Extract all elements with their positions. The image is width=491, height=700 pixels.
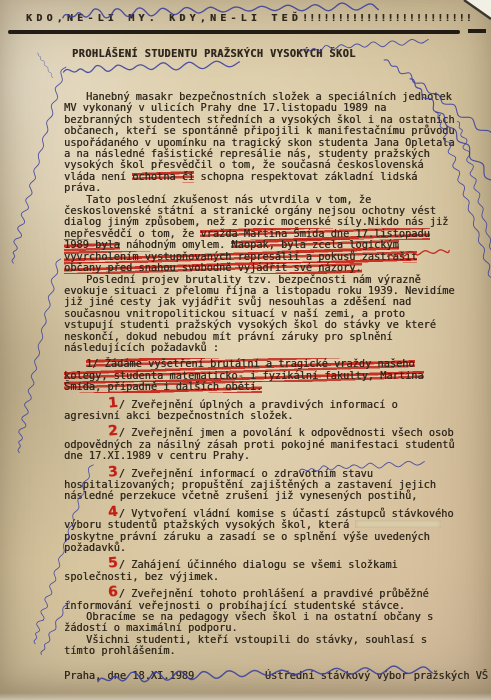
demand-struck-text: Žádáme vyšetření brutální a tragické vra… — [64, 358, 424, 393]
closing-appeal: Obracíme se na pedagogy všech škol i na … — [64, 612, 456, 635]
demand-item-struck: 1/ Žádáme vyšetření brutální a tragické … — [64, 359, 456, 393]
demand-item-6: 6/ Zveřejnění tohoto prohlášení a pravdi… — [64, 588, 456, 612]
demand-item-4: 4/ Vytvoření vládní komise s účastí zást… — [64, 508, 456, 555]
paragraph-1: Hanebný masakr bezpečnostních složek a s… — [64, 92, 456, 195]
header-rule — [8, 30, 460, 34]
demand-4-text-after: poskytne právní záruku a zasadí se o spl… — [64, 531, 430, 554]
handwriting-left-margin-1 — [4, 64, 73, 266]
demand-6-slash: / — [119, 588, 131, 600]
demand-5-slash: / — [119, 559, 131, 571]
demand-struck-number: 1/ — [86, 358, 105, 370]
demand-4-slash: / — [119, 508, 131, 520]
erased-blank-area — [355, 520, 441, 528]
paragraph-3: Poslední projev brutality tzv. bezpečnos… — [64, 275, 456, 355]
red-handwritten-number-6: 6 — [86, 587, 119, 600]
paragraph-2: Tato poslední zkušenost nás utvrdila v t… — [64, 195, 456, 275]
header-rule-dash — [468, 29, 486, 33]
scanned-document-page: KDO,NE-LI MY. KDY,NE-LI TEĎ!!!!!!!!!!!!!… — [0, 0, 491, 700]
red-handwritten-number-5: 5 — [86, 558, 119, 571]
red-struck-demand: 1/ Žádáme vyšetření brutální a tragické … — [64, 358, 424, 393]
red-handwritten-number-2: 2 — [86, 426, 119, 439]
handwriting-left-margin-2 — [10, 256, 67, 455]
demand-1-slash: / — [119, 399, 131, 411]
red-struck-phrase: ochotna či — [132, 171, 194, 183]
demand-3-slash: / — [119, 468, 131, 480]
closing-consent: Všichni studenti, kteří vstoupili do stá… — [64, 635, 456, 658]
demand-item-1: 1/ Zveřejnění úplných a pravdivých infor… — [64, 399, 456, 423]
document-body: Hanebný masakr bezpečnostních složek a s… — [64, 92, 456, 682]
paragraph-2-text-mid: náhodným omylem. — [120, 239, 232, 251]
folded-corner — [457, 0, 491, 24]
demand-2-slash: / — [119, 427, 131, 439]
scan-bottom-edge — [0, 693, 491, 700]
demand-item-5: 5/ Zahájení účinného dialogu se všemi sl… — [64, 559, 456, 583]
red-handwritten-number-4: 4 — [86, 506, 119, 519]
demand-item-3: 3/ Zveřejnění informací o zdravotním sta… — [64, 468, 456, 503]
red-handwritten-number-1: 1 — [86, 397, 119, 410]
handwriting-top-right-1 — [300, 33, 431, 58]
paragraph-1-text: Hanebný masakr bezpečnostních složek a s… — [64, 91, 455, 183]
